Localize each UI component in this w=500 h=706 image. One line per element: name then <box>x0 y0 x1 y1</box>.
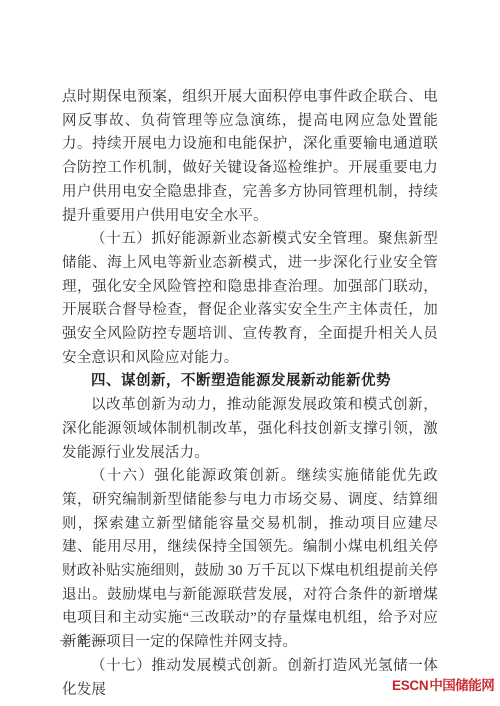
paragraph-reform-intro: 以改革创新为动力，推动能源发展政策和模式创新，深化能源领域体制机制改革，强化科技… <box>62 394 438 465</box>
document-page: 点时期保电预案，组织开展大面积停电事件政企联合、电网反事故、负荷管理等应急演练，… <box>0 0 500 706</box>
page-number: — 8 — <box>60 633 107 649</box>
paragraph-section-15: （十五）抓好能源新业态新模式安全管理。聚焦新型储能、海上风电等新业态新模式，进一… <box>62 228 438 370</box>
section-heading-four: 四、谋创新，不断塑造能源发展新动能新优势 <box>62 370 438 394</box>
escn-logo: ESCN中国储能网 <box>392 674 494 694</box>
logo-text-en: ESCN <box>392 678 428 693</box>
paragraph-section-16: （十六）强化能源政策创新。继续实施储能优先政策，研究编制新型储能参与电力市场交易… <box>62 465 438 655</box>
paragraph-continuation: 点时期保电预案，组织开展大面积停电事件政企联合、电网反事故、负荷管理等应急演练，… <box>62 86 438 228</box>
logo-text-cn: 中国储能网 <box>429 678 494 693</box>
document-body: 点时期保电预案，组织开展大面积停电事件政企联合、电网反事故、负荷管理等应急演练，… <box>62 86 438 702</box>
paragraph-section-17: （十七）推动发展模式创新。创新打造风光氢储一体化发展 <box>62 655 438 702</box>
